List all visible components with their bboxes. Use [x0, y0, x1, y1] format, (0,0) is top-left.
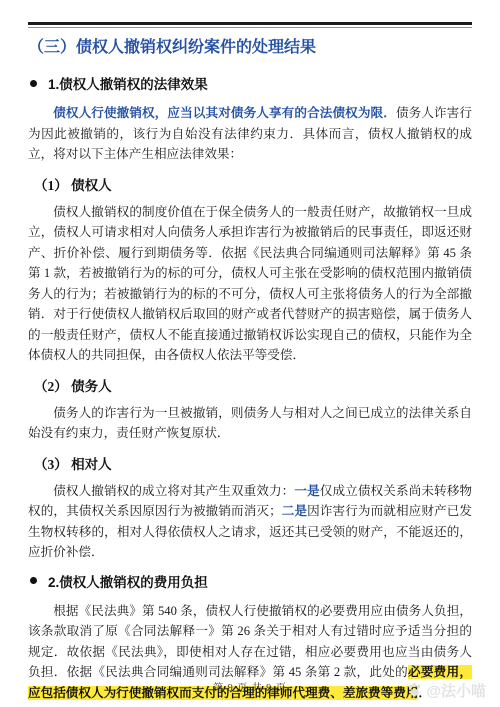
- paragraph: 债权人撤销权的成立将对其产生双重效力：一是仅成立债权关系尚未转移物权的，其债权关…: [28, 481, 472, 563]
- section-heading-label: 1.债权人撤销权的法律效果: [48, 73, 208, 93]
- sub-heading: （1） 债权人: [34, 174, 472, 194]
- section-heading-label: 2.债权人撤销权的费用负担: [48, 571, 208, 591]
- paragraph: 债务人的诈害行为一旦被撤销，则债务人与相对人之间已成立的法律关系自始没有约束力，…: [28, 403, 472, 444]
- document-body: 1.债权人撤销权的法律效果债权人行使撤销权，应当以其对债务人享有的合法债权为限．…: [28, 73, 472, 703]
- document-page: （三）债权人撤销权纠纷案件的处理结果 1.债权人撤销权的法律效果债权人行使撤销权…: [0, 0, 500, 707]
- top-double-rule: [28, 22, 472, 28]
- text-run: 债权人撤销权的制度价值在于保全债务人的一般责任财产，故撤销权一旦成立，债权人可请…: [28, 205, 472, 363]
- sub-heading: （2） 债务人: [34, 375, 472, 395]
- text-run: 一是: [294, 484, 319, 498]
- paragraph: 债权人行使撤销权，应当以其对债务人享有的合法债权为限．债务人诈害行为因此被撤销的…: [28, 103, 472, 165]
- watermark-text: @法小喵: [426, 680, 486, 701]
- sub-heading: （3） 相对人: [34, 453, 472, 473]
- text-run: 债务人的诈害行为一旦被撤销，则债务人与相对人之间已成立的法律关系自始没有约束力，…: [28, 406, 472, 441]
- text-run: 债权人行使撤销权，应当以其对债务人享有的合法债权为限．: [53, 106, 396, 120]
- text-run: 债权人撤销权的成立将对其产生双重效力：: [53, 484, 294, 498]
- watermark: @法小喵: [405, 680, 486, 701]
- page-title: （三）债权人撤销权纠纷案件的处理结果: [28, 37, 472, 59]
- text-run: 二是: [282, 504, 307, 518]
- section-heading: 1.债权人撤销权的法律效果: [30, 73, 472, 93]
- section-heading: 2.债权人撤销权的费用负担: [30, 571, 472, 591]
- bullet-icon: [30, 577, 37, 584]
- bullet-icon: [30, 80, 37, 87]
- paragraph: 债权人撤销权的制度价值在于保全债务人的一般责任财产，故撤销权一旦成立，债权人可请…: [28, 202, 472, 366]
- text-run: 根据《民法典》第 540 条，债权人行使撤销权的必要费用应由债务人负担，该条款取…: [28, 604, 472, 680]
- paw-icon: [405, 681, 424, 700]
